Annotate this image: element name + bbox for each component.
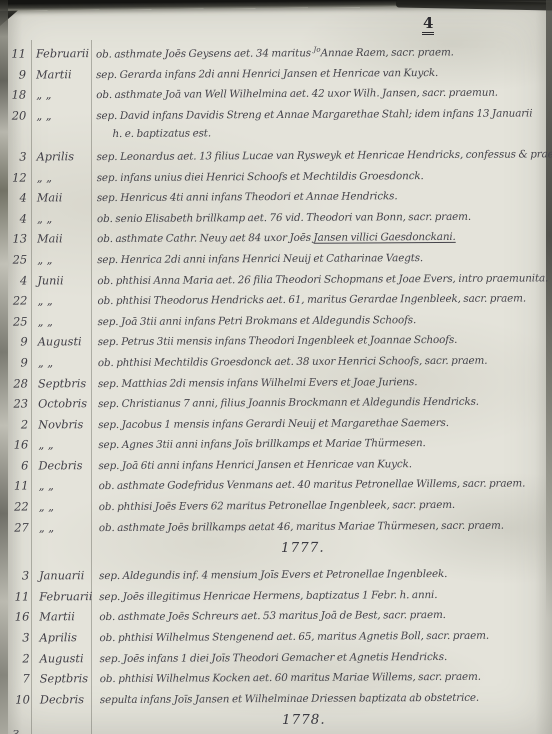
- entry-day: 9: [0, 355, 28, 369]
- entry-day: 22: [1, 500, 29, 514]
- register-rows: 11Februariiob. asthmate Joēs Geysens aet…: [0, 43, 552, 734]
- entry-day: 20: [0, 108, 26, 122]
- entry-text: sep. Petrus 3tii mensis infans Theodori …: [98, 334, 552, 349]
- entry-day: 3: [1, 569, 29, 583]
- entry-text: ob. senio Elisabeth brillkamp aet. 76 vi…: [97, 210, 551, 225]
- entry-text: sep. Matthias 2di mensis infans Wilhelmi…: [98, 375, 552, 390]
- entry-text: sep. Joā 6ti anni infans Henrici Jansen …: [98, 457, 552, 472]
- partial-bottom-day: 3: [12, 727, 19, 734]
- entry-month: Decbris: [34, 459, 92, 472]
- entry-month: Septbris: [34, 377, 92, 390]
- entry-text: sep. Henricus 4ti anni infans Theodori e…: [97, 189, 551, 204]
- entry-month: Aprilis: [35, 631, 93, 644]
- entry-day: 23: [0, 397, 28, 411]
- entry-text: sep. Jacobus 1 mensis infans Gerardi Neu…: [98, 416, 552, 431]
- entry-day: 6: [0, 458, 28, 472]
- year-divider-text: 1778.: [100, 711, 552, 730]
- entry-month: Novbris: [34, 418, 92, 431]
- entry-day: 11: [1, 479, 29, 493]
- entry-text: sep. Leonardus aet. 13 filius Lucae van …: [97, 148, 552, 163]
- entry-text: ob. phthisi Wilhelmus Kocken aet. 60 mar…: [100, 671, 552, 686]
- entry-month: „ „: [33, 294, 91, 307]
- entry-text: ob. asthmate Joēs brillkamps aetat 46, m…: [99, 519, 552, 534]
- entry-month: „ „: [34, 438, 92, 451]
- entry-text: sep. Aldegundis inf. 4 mensium Joīs Ever…: [99, 568, 552, 583]
- register-entry-row: 27„ „ob. asthmate Joēs brillkamps aetat …: [1, 517, 552, 541]
- entry-month: „ „: [35, 480, 93, 493]
- entry-month: „ „: [34, 315, 92, 328]
- entry-text: ob. asthmate Joēs Geysens aet. 34 maritu…: [96, 44, 550, 60]
- entry-month: „ „: [35, 521, 93, 534]
- entry-month: Aprilis: [33, 150, 91, 163]
- entry-text: ob. asthmate Godefridus Venmans aet. 40 …: [99, 478, 552, 493]
- entry-month: „ „: [34, 356, 92, 369]
- entry-month: „ „: [33, 253, 91, 266]
- entry-month: Maii: [33, 191, 91, 204]
- entry-month: „ „: [35, 500, 93, 513]
- entry-month: Februarii: [32, 47, 90, 60]
- entry-text: ob. phthisi Theodorus Hendricks aet. 61,…: [97, 292, 551, 307]
- register-entry-row: 10Decbrissepulta infans Joīs Jansen et W…: [2, 689, 552, 713]
- entry-month: Augusti: [34, 335, 92, 348]
- entry-text: sep. Gerarda infans 2di anni Henrici Jan…: [96, 66, 550, 81]
- entry-day: 18: [0, 88, 26, 102]
- entry-day: 28: [0, 376, 28, 390]
- entry-text: sep. David infans Davidis Streng et Anna…: [96, 107, 550, 122]
- entry-text: sep. Agnes 3tii anni infans Joīs brillka…: [98, 437, 552, 452]
- entry-day: 13: [0, 232, 27, 246]
- entry-text: ob. phthisi Mechtildis Groesdonck aet. 3…: [98, 354, 552, 369]
- entry-text: sep. Joā 3tii anni infans Petri Brokmans…: [98, 313, 552, 328]
- entry-day: 3: [0, 149, 27, 163]
- entry-text: ob. asthmate Joēs Schreurs aet. 53 marit…: [99, 609, 552, 624]
- folio-number: 4: [422, 16, 434, 35]
- entry-day: 25: [0, 314, 28, 328]
- entry-day: 4: [0, 211, 27, 225]
- entry-day: 4: [0, 191, 27, 205]
- entry-text: sep. infans unius diei Henrici Schoofs e…: [97, 169, 551, 184]
- entry-day: 7: [2, 672, 30, 686]
- register-scan-page: 4 11Februariiob. asthmate Joēs Geysens a…: [0, 0, 552, 734]
- entry-day: 16: [0, 438, 28, 452]
- photo-edge-top-right: [396, 0, 552, 11]
- entry-month: Septbris: [36, 672, 94, 685]
- entry-month: „ „: [32, 109, 90, 122]
- entry-text: ob. phthisi Anna Maria aet. 26 filia The…: [97, 272, 551, 287]
- year-divider-row: 1778.: [2, 711, 552, 734]
- entry-month: Junii: [33, 274, 91, 287]
- entry-day: 9: [0, 335, 28, 349]
- entry-day: 16: [1, 610, 29, 624]
- entry-month: Martii: [35, 611, 93, 624]
- entry-month: „ „: [33, 212, 91, 225]
- year-divider-row: 1777.: [1, 539, 552, 564]
- entry-day: 2: [2, 651, 30, 665]
- entry-text: ob. asthmate Joā van Well Wilhelmina aet…: [96, 87, 550, 102]
- entry-day: 27: [1, 520, 29, 534]
- entry-day: 9: [0, 67, 26, 81]
- entry-day: 2: [0, 417, 28, 431]
- entry-text: ob. phthisi Wilhelmus Stengenend aet. 65…: [99, 629, 552, 644]
- entry-text: sep. Joēs infans 1 diei Joīs Theodori Ge…: [100, 650, 552, 665]
- entry-month: Januarii: [35, 569, 93, 582]
- entry-month: Octobris: [34, 397, 92, 410]
- entry-month: Augusti: [36, 652, 94, 665]
- entry-day: 11: [1, 589, 29, 603]
- entry-month: Februarii: [35, 590, 93, 603]
- entry-day: 10: [2, 692, 30, 706]
- entry-month: Decbris: [36, 693, 94, 706]
- entry-text: sep. Christianus 7 anni, filius Joannis …: [98, 395, 552, 410]
- entry-month: Maii: [33, 232, 91, 245]
- entry-day: 25: [0, 252, 27, 266]
- entry-text: sep. Joēs illegitimus Henricae Hermens, …: [99, 588, 552, 603]
- entry-text: sepulta infans Joīs Jansen et Wilhelmina…: [100, 691, 552, 706]
- entry-day: 3: [1, 631, 29, 645]
- entry-text: h. e. baptizatus est.: [96, 126, 550, 141]
- entry-month: Martii: [32, 68, 90, 81]
- entry-day: 22: [0, 294, 27, 308]
- entry-month: „ „: [33, 171, 91, 184]
- entry-text: ob. asthmate Cathr. Neuy aet 84 uxor Joē…: [97, 231, 551, 246]
- entry-day: 4: [0, 273, 27, 287]
- entry-month: „ „: [32, 88, 90, 101]
- entry-day: 12: [0, 170, 27, 184]
- entry-text: sep. Henrica 2di anni infans Henrici Neu…: [97, 251, 551, 266]
- entry-text: ob. phthisi Joēs Evers 62 maritus Petron…: [99, 498, 552, 513]
- entry-day: 11: [0, 47, 26, 61]
- year-divider-text: 1777.: [99, 539, 552, 558]
